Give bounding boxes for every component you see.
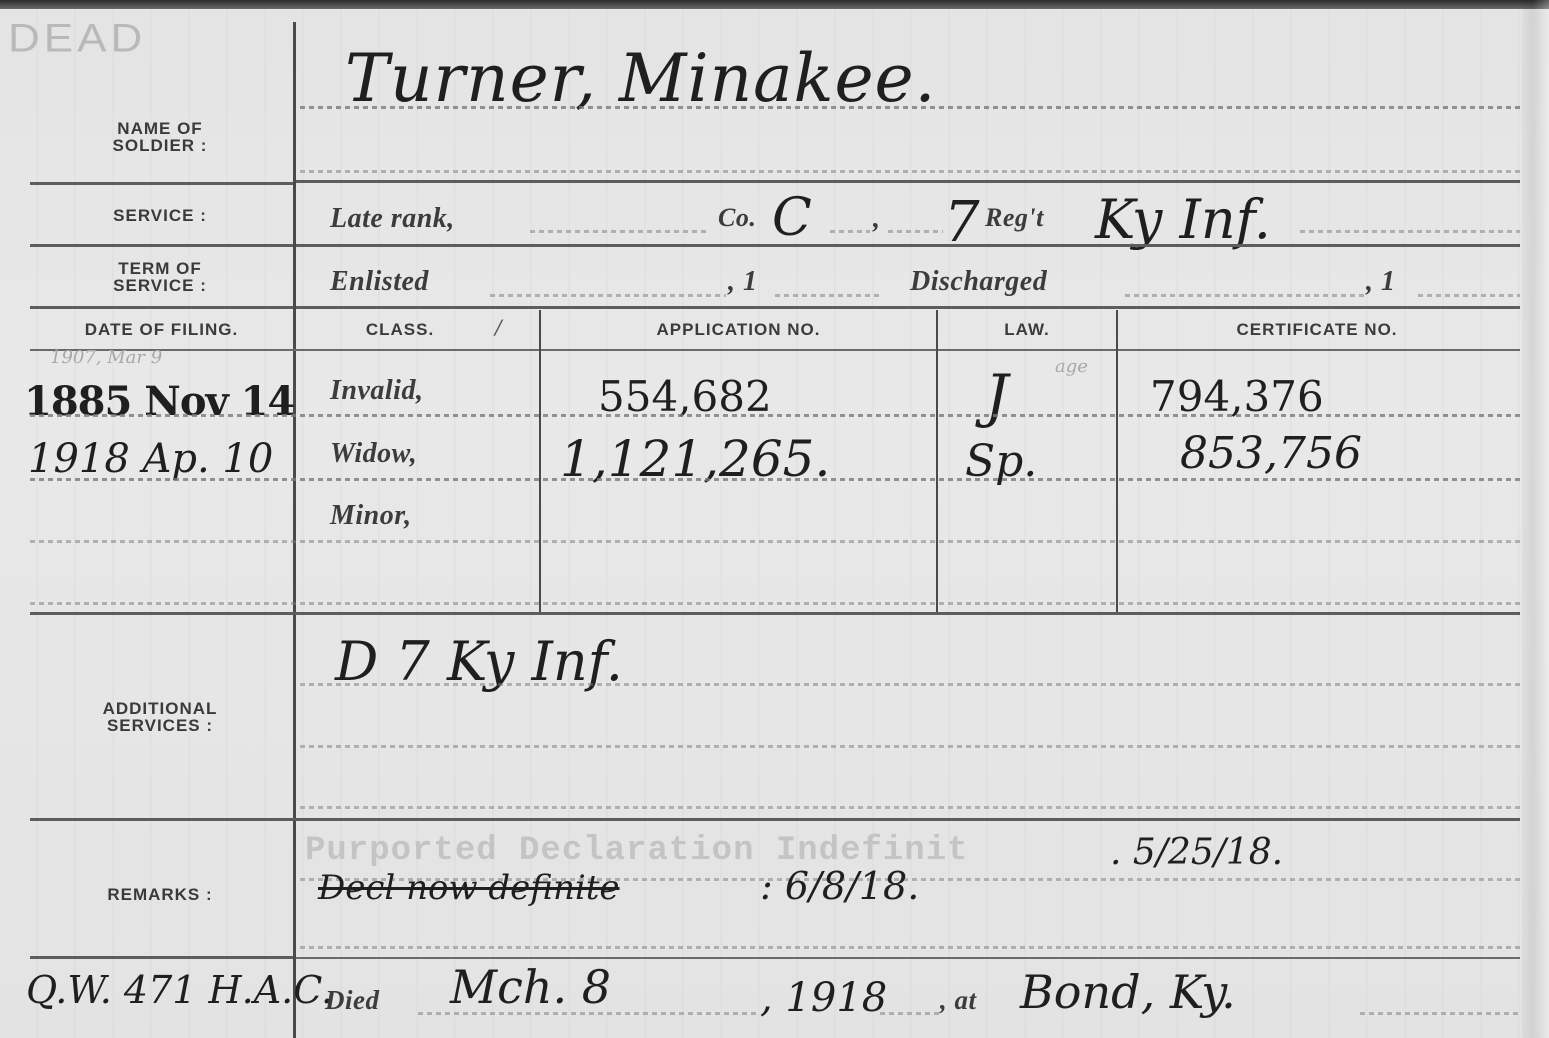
name-dotted-line-1	[300, 106, 1520, 109]
card-right-edge	[1522, 0, 1549, 1038]
term-of-service-label: TERM OF SERVICE :	[60, 260, 260, 294]
name-row-rule	[30, 182, 293, 185]
law-column-divider	[936, 310, 938, 612]
discharged-year: , 1	[1366, 266, 1396, 298]
at-label: , at	[940, 985, 977, 1016]
company-value: C	[772, 188, 812, 248]
table-bottom-rule	[30, 612, 1520, 615]
additional-dotted-line-2	[300, 745, 1520, 748]
remarks-handwritten-date: : 6/8/18.	[760, 864, 919, 908]
remarks-label: REMARKS :	[60, 886, 260, 903]
died-label: Died	[325, 985, 379, 1016]
row-3-dotted-line	[30, 540, 1520, 543]
company-comma: ,	[873, 203, 881, 235]
enlisted-year: , 1	[728, 266, 758, 298]
label-line: NAME OF	[60, 120, 260, 137]
label-line: ADDITIONAL	[55, 700, 265, 717]
enlisted-dots	[490, 294, 726, 297]
law-header: LAW.	[937, 320, 1117, 340]
late-rank-dots	[530, 230, 710, 233]
class-header: CLASS.	[300, 320, 500, 340]
label-line: SOLDIER :	[60, 137, 260, 154]
name-of-soldier-label: NAME OF SOLDIER :	[60, 120, 260, 154]
service-row-rule	[30, 244, 293, 247]
label-line: SERVICE :	[60, 277, 260, 294]
card-top-edge	[0, 0, 1549, 9]
faint-date-note: 1907, Mar 9	[50, 347, 162, 368]
dead-stamp: DEAD	[8, 17, 146, 62]
service-row-rule-right	[296, 244, 1520, 247]
filing-date-row-2: 1918 Ap. 10	[28, 436, 273, 482]
died-year-dots	[880, 1012, 940, 1015]
header-row-rule	[30, 349, 1520, 351]
remarks-dotted-line-2	[300, 946, 1520, 949]
died-year: , 1918	[760, 975, 887, 1021]
certificate-column-divider	[1116, 310, 1118, 612]
late-rank-label: Late rank,	[330, 203, 455, 235]
certificate-no-row-2: 853,756	[1180, 428, 1362, 479]
additional-dotted-line-3	[300, 806, 1520, 809]
regiment-unit: Ky Inf.	[1095, 188, 1271, 251]
row-1-dotted-line	[30, 414, 1520, 417]
died-place: Bond, Ky.	[1020, 965, 1236, 1019]
class-row-2: Widow,	[330, 438, 417, 470]
died-date-dots	[418, 1012, 758, 1015]
enlisted-year-dots	[775, 294, 880, 297]
company-dots	[830, 230, 870, 233]
name-row-rule-right	[296, 180, 1520, 183]
label-line: TERM OF	[60, 260, 260, 277]
company-label: Co.	[718, 203, 756, 233]
pension-index-card: DEAD NAME OF SOLDIER : Turner, Minakee. …	[0, 0, 1549, 1038]
certificate-no-header: CERTIFICATE NO.	[1117, 320, 1517, 340]
remarks-bottom-rule-right	[296, 957, 1520, 959]
additional-bottom-rule	[30, 818, 1520, 821]
discharged-year-dots	[1418, 294, 1520, 297]
remarks-typed-date: . 5/25/18.	[1110, 832, 1283, 873]
label-column-divider	[293, 22, 296, 1038]
service-label: SERVICE :	[60, 207, 260, 224]
application-column-divider	[539, 310, 541, 612]
remarks-bottom-rule	[30, 956, 293, 959]
corner-note: Q.W. 471 H.A.C.	[26, 968, 333, 1012]
additional-dotted-line-1	[300, 683, 1520, 686]
class-row-1: Invalid,	[330, 375, 423, 407]
label-line: SERVICES :	[55, 717, 265, 734]
name-dotted-line-2	[300, 170, 1520, 173]
date-of-filing-header: DATE OF FILING.	[30, 320, 293, 340]
application-no-header: APPLICATION NO.	[540, 320, 937, 340]
filing-date-row-1: 1885 Nov 14	[24, 378, 294, 425]
law-row-1: J	[985, 362, 1008, 430]
class-row-3: Minor,	[330, 500, 412, 532]
additional-services-label: ADDITIONAL SERVICES :	[55, 700, 265, 734]
discharged-dots	[1125, 294, 1365, 297]
discharged-label: Discharged	[910, 266, 1047, 298]
term-row-rule	[30, 306, 293, 309]
regiment-dots	[888, 230, 943, 233]
died-date: Mch. 8	[450, 960, 611, 1014]
remarks-handwritten: Decl now definite	[318, 868, 620, 908]
regiment-unit-dots	[1300, 230, 1520, 233]
row-2-dotted-line	[30, 478, 1520, 481]
class-header-mark: /	[495, 315, 502, 339]
term-row-rule-right	[296, 306, 1520, 309]
enlisted-label: Enlisted	[330, 266, 429, 298]
row-4-dotted-line	[30, 602, 1520, 605]
faint-law-note: age	[1055, 356, 1088, 377]
died-place-dots	[1360, 1012, 1520, 1015]
regiment-label: Reg't	[985, 203, 1044, 233]
